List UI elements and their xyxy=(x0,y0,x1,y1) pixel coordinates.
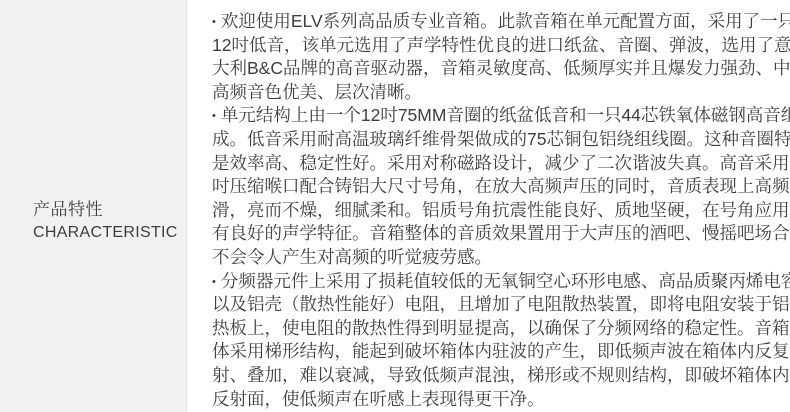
text-line: •分频器元件上采用了损耗值较低的无氧铜空心环形电感、高品质聚丙烯电容， xyxy=(212,270,784,294)
section-label-panel: 产品特性 CHARACTERISTIC xyxy=(0,0,187,412)
text-line: 以及铝壳（散热性能好）电阻，且增加了电阻散热装置，即将电阻安装于铝散 xyxy=(212,293,784,317)
text-line: 成。低音采用耐高温玻璃纤维骨架做成的75芯铜包铝绕组线圈。这种音圈特点 xyxy=(212,128,784,152)
characteristics-text: •欢迎使用ELV系列高品质专业音箱。此款音箱在单元配置方面，采用了一只12吋低音… xyxy=(212,10,784,411)
text-line: 体采用梯形结构，能起到破坏箱体内驻波的产生，即低频声波在箱体内反复反 xyxy=(212,340,784,364)
text-line: 不会令人产生对高频的听觉疲劳感。 xyxy=(212,246,784,270)
text-line: 12吋低音，该单元选用了声学特性优良的进口纸盆、音圈、弹波，选用了意 xyxy=(212,34,784,58)
text-line: 是效率高、稳定性好。采用对称磁路设计，减少了二次谐波失真。高音采用一 xyxy=(212,152,784,176)
bullet-icon: • xyxy=(212,105,216,129)
text-line: 高频音色优美、层次清晰。 xyxy=(212,81,784,105)
section-title-zh: 产品特性 xyxy=(33,197,178,222)
product-characteristics-section: 产品特性 CHARACTERISTIC •欢迎使用ELV系列高品质专业音箱。此款… xyxy=(0,0,790,412)
bullet-icon: • xyxy=(212,11,216,35)
section-label: 产品特性 CHARACTERISTIC xyxy=(33,197,178,243)
text-line: 热板上，使电阻的散热性得到明显提高，以确保了分频网络的稳定性。音箱箱 xyxy=(212,317,784,341)
text-line: 反射面，使低频声在听感上表现得更干净。 xyxy=(212,388,784,412)
bullet-icon: • xyxy=(212,271,216,295)
section-title-en: CHARACTERISTIC xyxy=(33,222,178,243)
text-line: 射、叠加，难以衰减，导致低频声混浊，梯形或不规则结构，即破坏箱体内的 xyxy=(212,364,784,388)
text-line: •欢迎使用ELV系列高品质专业音箱。此款音箱在单元配置方面，采用了一只 xyxy=(212,10,784,34)
text-line: 有良好的声学特征。音箱整体的音质效果置用于大声压的酒吧、慢摇吧场合， xyxy=(212,222,784,246)
text-line: 吋压缩喉口配合铸铝大尺寸号角，在放大高频声压的同时，音质表现上高频平 xyxy=(212,175,784,199)
text-line: 大利B&C品牌的高音驱动器，音箱灵敏度高、低频厚实并且爆发力强劲、中 xyxy=(212,57,784,81)
text-line: •单元结构上由一个12吋75MM音圈的纸盆低音和一只44芯铁氧体磁钢高音组 xyxy=(212,104,784,128)
text-line: 滑，亮而不燥，细腻柔和。铝质号角抗震性能良好、质地坚硬，在号角应用上 xyxy=(212,199,784,223)
